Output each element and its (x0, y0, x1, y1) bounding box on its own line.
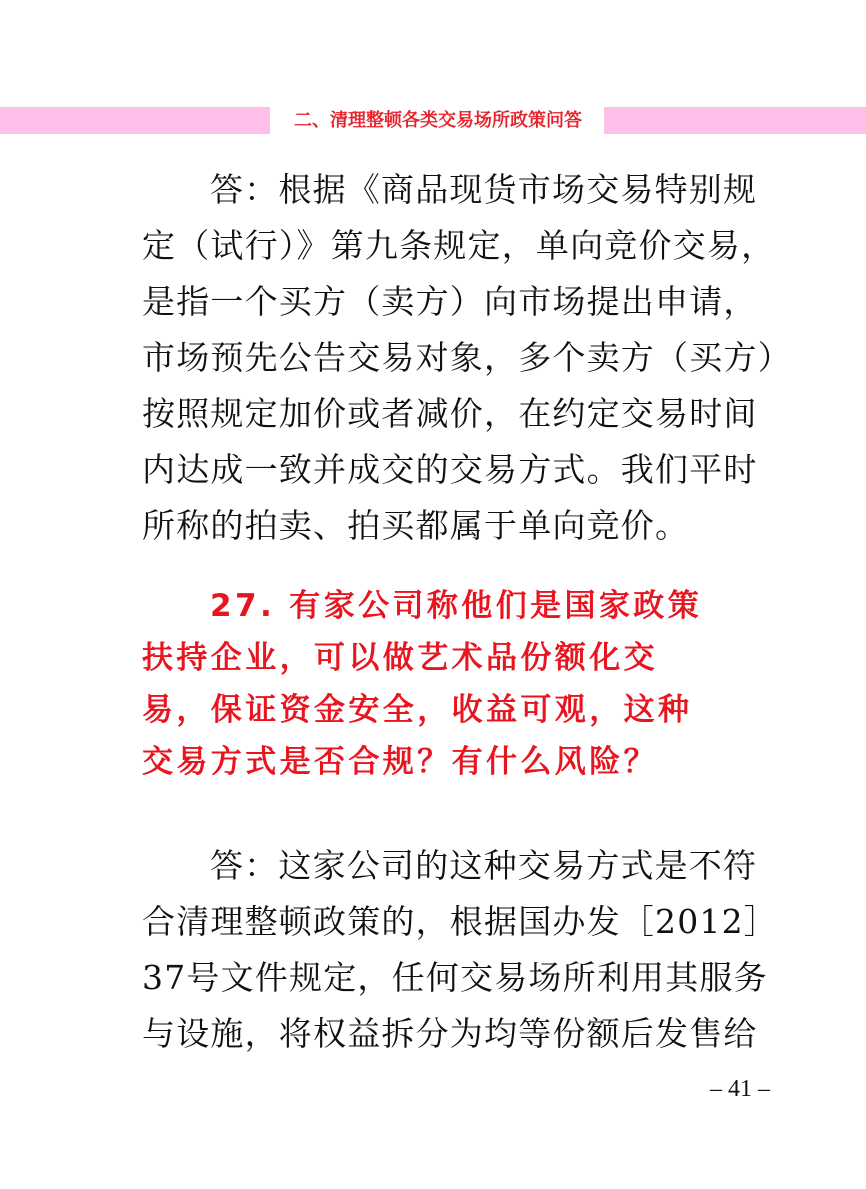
section-title: 二、清理整顿各类交易场所政策问答 (278, 107, 598, 134)
running-header: 二、清理整顿各类交易场所政策问答 (0, 107, 866, 134)
question-line: 扶持企业，可以做艺术品份额化交 (142, 632, 734, 684)
question-line: 27. 有家公司称他们是国家政策 (142, 580, 734, 632)
answer-paragraph-2: 答：这家公司的这种交易方式是不符 合清理整顿政策的，根据国办发［2012］ 37… (142, 838, 734, 1062)
question-heading-27: 27. 有家公司称他们是国家政策 扶持企业，可以做艺术品份额化交 易，保证资金安… (142, 580, 734, 788)
paragraph-line: 所称的拍卖、拍买都属于单向竞价。 (142, 498, 734, 554)
paragraph-line: 37号文件规定，任何交易场所利用其服务 (142, 950, 734, 1006)
paragraph-line: 与设施，将权益拆分为均等份额后发售给 (142, 1006, 734, 1062)
paragraph-line: 合清理整顿政策的，根据国办发［2012］ (142, 894, 734, 950)
question-line: 交易方式是否合规？有什么风险？ (142, 736, 734, 788)
paragraph-line: 按照规定加价或者减价，在约定交易时间 (142, 386, 734, 442)
paragraph-line: 市场预先公告交易对象，多个卖方（买方） (142, 330, 734, 386)
paragraph-line: 是指一个买方（卖方）向市场提出申请， (142, 274, 734, 330)
page-number: – 41 – (690, 1072, 790, 1106)
header-band-right (604, 107, 866, 134)
header-band-left (0, 107, 270, 134)
answer-paragraph-1: 答：根据《商品现货市场交易特别规 定（试行）》第九条规定，单向竞价交易， 是指一… (142, 162, 734, 554)
question-line: 易，保证资金安全，收益可观，这种 (142, 684, 734, 736)
paragraph-line: 内达成一致并成交的交易方式。我们平时 (142, 442, 734, 498)
paragraph-line: 答：这家公司的这种交易方式是不符 (142, 838, 734, 894)
paragraph-line: 定（试行）》第九条规定，单向竞价交易， (142, 218, 734, 274)
paragraph-line: 答：根据《商品现货市场交易特别规 (142, 162, 734, 218)
